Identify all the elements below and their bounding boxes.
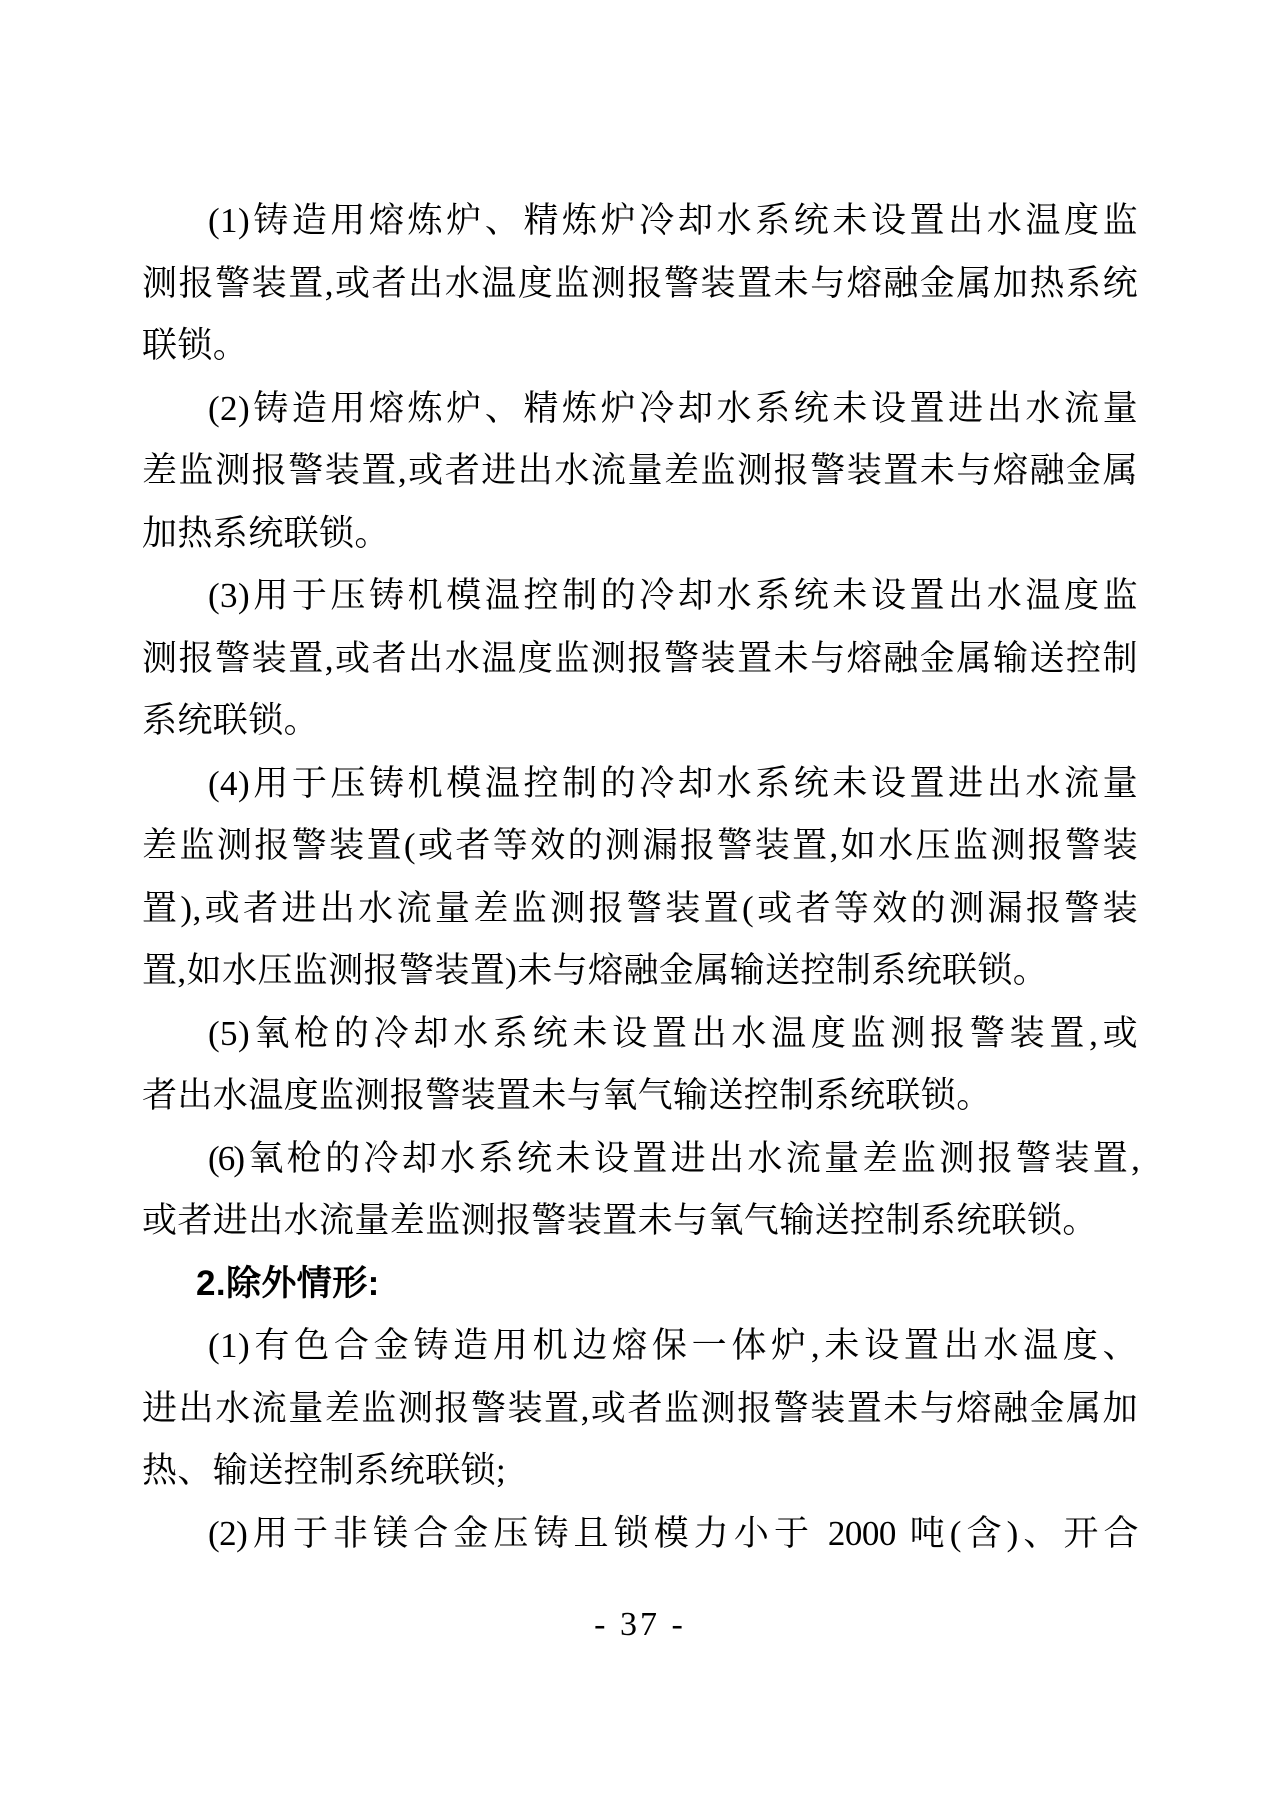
paragraph-item-8: (2)用于非镁合金压铸且锁模力小于 2000 吨(含)、开合 bbox=[142, 1503, 1138, 1566]
page-content: (1)铸造用熔炼炉、精炼炉冷却水系统未设置出水温度监 测报警装置,或者出水温度监… bbox=[142, 190, 1138, 1565]
text-line: 测报警装置,或者出水温度监测报警装置未与熔融金属输送控制 bbox=[142, 628, 1138, 691]
paragraph-item-3: (3)用于压铸机模温控制的冷却水系统未设置出水温度监 测报警装置,或者出水温度监… bbox=[142, 565, 1138, 753]
page-number: - 37 - bbox=[0, 1606, 1280, 1644]
text-line: 或者进出水流量差监测报警装置未与氧气输送控制系统联锁。 bbox=[142, 1190, 1138, 1253]
text-line: (2)铸造用熔炼炉、精炼炉冷却水系统未设置进出水流量 bbox=[142, 378, 1138, 441]
text-line: (1)有色合金铸造用机边熔保一体炉,未设置出水温度、 bbox=[142, 1315, 1138, 1378]
text-line: (5)氧枪的冷却水系统未设置出水温度监测报警装置,或 bbox=[142, 1003, 1138, 1066]
text-line: (1)铸造用熔炼炉、精炼炉冷却水系统未设置出水温度监 bbox=[142, 190, 1138, 253]
paragraph-item-6: (6)氧枪的冷却水系统未设置进出水流量差监测报警装置, 或者进出水流量差监测报警… bbox=[142, 1128, 1138, 1253]
text-line: (4)用于压铸机模温控制的冷却水系统未设置进出水流量 bbox=[142, 753, 1138, 816]
text-line: 加热系统联锁。 bbox=[142, 503, 1138, 566]
text-line: 联锁。 bbox=[142, 315, 1138, 378]
text-line: 置),或者进出水流量差监测报警装置(或者等效的测漏报警装 bbox=[142, 878, 1138, 941]
text-line: 系统联锁。 bbox=[142, 690, 1138, 753]
paragraph-item-7: (1)有色合金铸造用机边熔保一体炉,未设置出水温度、 进出水流量差监测报警装置,… bbox=[142, 1315, 1138, 1503]
text-line: 进出水流量差监测报警装置,或者监测报警装置未与熔融金属加 bbox=[142, 1378, 1138, 1441]
paragraph-item-2: (2)铸造用熔炼炉、精炼炉冷却水系统未设置进出水流量 差监测报警装置,或者进出水… bbox=[142, 378, 1138, 566]
text-line: (6)氧枪的冷却水系统未设置进出水流量差监测报警装置, bbox=[142, 1128, 1138, 1191]
text-line: (3)用于压铸机模温控制的冷却水系统未设置出水温度监 bbox=[142, 565, 1138, 628]
paragraph-item-4: (4)用于压铸机模温控制的冷却水系统未设置进出水流量 差监测报警装置(或者等效的… bbox=[142, 753, 1138, 1003]
text-line: 差监测报警装置(或者等效的测漏报警装置,如水压监测报警装 bbox=[142, 815, 1138, 878]
text-line: 测报警装置,或者出水温度监测报警装置未与熔融金属加热系统 bbox=[142, 253, 1138, 316]
text-line: 热、输送控制系统联锁; bbox=[142, 1440, 1138, 1503]
section-heading: 2.除外情形: bbox=[142, 1253, 1138, 1316]
text-line: (2)用于非镁合金压铸且锁模力小于 2000 吨(含)、开合 bbox=[142, 1503, 1138, 1566]
paragraph-item-1: (1)铸造用熔炼炉、精炼炉冷却水系统未设置出水温度监 测报警装置,或者出水温度监… bbox=[142, 190, 1138, 378]
text-line: 者出水温度监测报警装置未与氧气输送控制系统联锁。 bbox=[142, 1065, 1138, 1128]
text-line: 差监测报警装置,或者进出水流量差监测报警装置未与熔融金属 bbox=[142, 440, 1138, 503]
text-line: 置,如水压监测报警装置)未与熔融金属输送控制系统联锁。 bbox=[142, 940, 1138, 1003]
paragraph-item-5: (5)氧枪的冷却水系统未设置出水温度监测报警装置,或 者出水温度监测报警装置未与… bbox=[142, 1003, 1138, 1128]
document-page: (1)铸造用熔炼炉、精炼炉冷却水系统未设置出水温度监 测报警装置,或者出水温度监… bbox=[0, 0, 1280, 1810]
